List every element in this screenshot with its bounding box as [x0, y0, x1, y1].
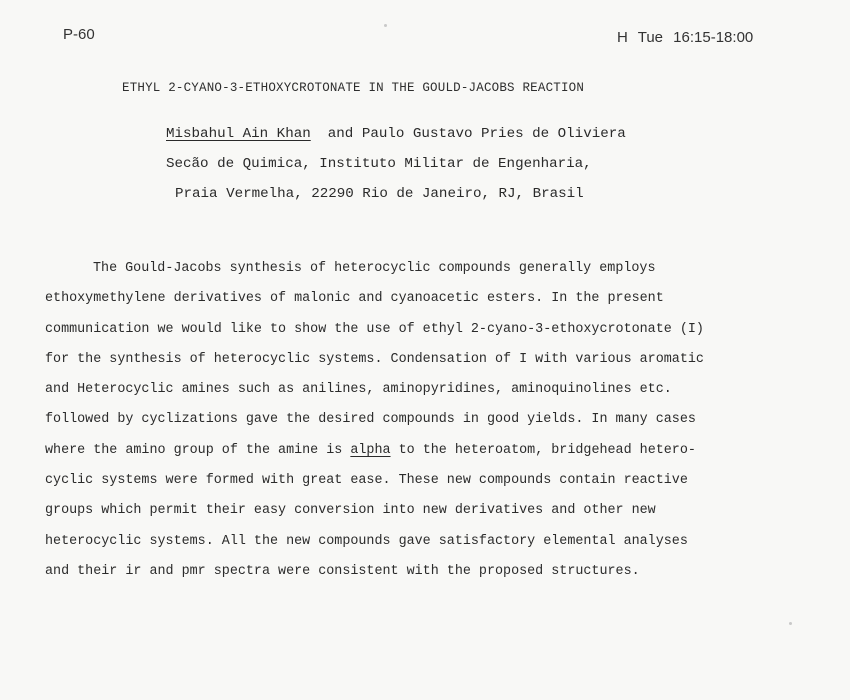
paper-title: ETHYL 2-CYANO-3-ETHOXYCROTONATE IN THE G…: [122, 81, 584, 95]
document-page: P-60 H Tue 16:15-18:00 ETHYL 2-CYANO-3-E…: [0, 0, 850, 700]
co-author: and Paulo Gustavo Pries de Oliviera: [311, 126, 626, 142]
emphasized-word: alpha: [350, 443, 390, 458]
abstract-line: groups which permit their easy conversio…: [45, 496, 825, 526]
page-code: P-60: [63, 26, 95, 43]
paper-speck: [789, 622, 792, 625]
session-time: H Tue 16:15-18:00: [617, 29, 753, 46]
abstract-text: to the heteroatom, bridgehead hetero-: [391, 443, 696, 458]
affiliation-line-1: Secão de Quimica, Instituto Militar de E…: [166, 156, 592, 172]
author-line: Misbahul Ain Khan and Paulo Gustavo Prie…: [166, 126, 626, 142]
abstract-line: where the amino group of the amine is al…: [45, 436, 825, 466]
abstract-line: followed by cyclizations gave the desire…: [45, 405, 825, 435]
abstract-line: communication we would like to show the …: [45, 315, 825, 345]
abstract-line: heterocyclic systems. All the new compou…: [45, 527, 825, 557]
abstract-body: The Gould-Jacobs synthesis of heterocycl…: [45, 254, 825, 587]
paper-speck: [384, 24, 387, 27]
abstract-line: for the synthesis of heterocyclic system…: [45, 345, 825, 375]
abstract-text: where the amino group of the amine is: [45, 443, 350, 458]
abstract-line: ethoxymethylene derivatives of malonic a…: [45, 284, 825, 314]
affiliation-line-2: Praia Vermelha, 22290 Rio de Janeiro, RJ…: [175, 186, 584, 202]
abstract-line: and Heterocyclic amines such as anilines…: [45, 375, 825, 405]
presenting-author: Misbahul Ain Khan: [166, 126, 311, 142]
abstract-line: The Gould-Jacobs synthesis of heterocycl…: [45, 254, 825, 284]
abstract-line: cyclic systems were formed with great ea…: [45, 466, 825, 496]
abstract-line: and their ir and pmr spectra were consis…: [45, 557, 825, 587]
